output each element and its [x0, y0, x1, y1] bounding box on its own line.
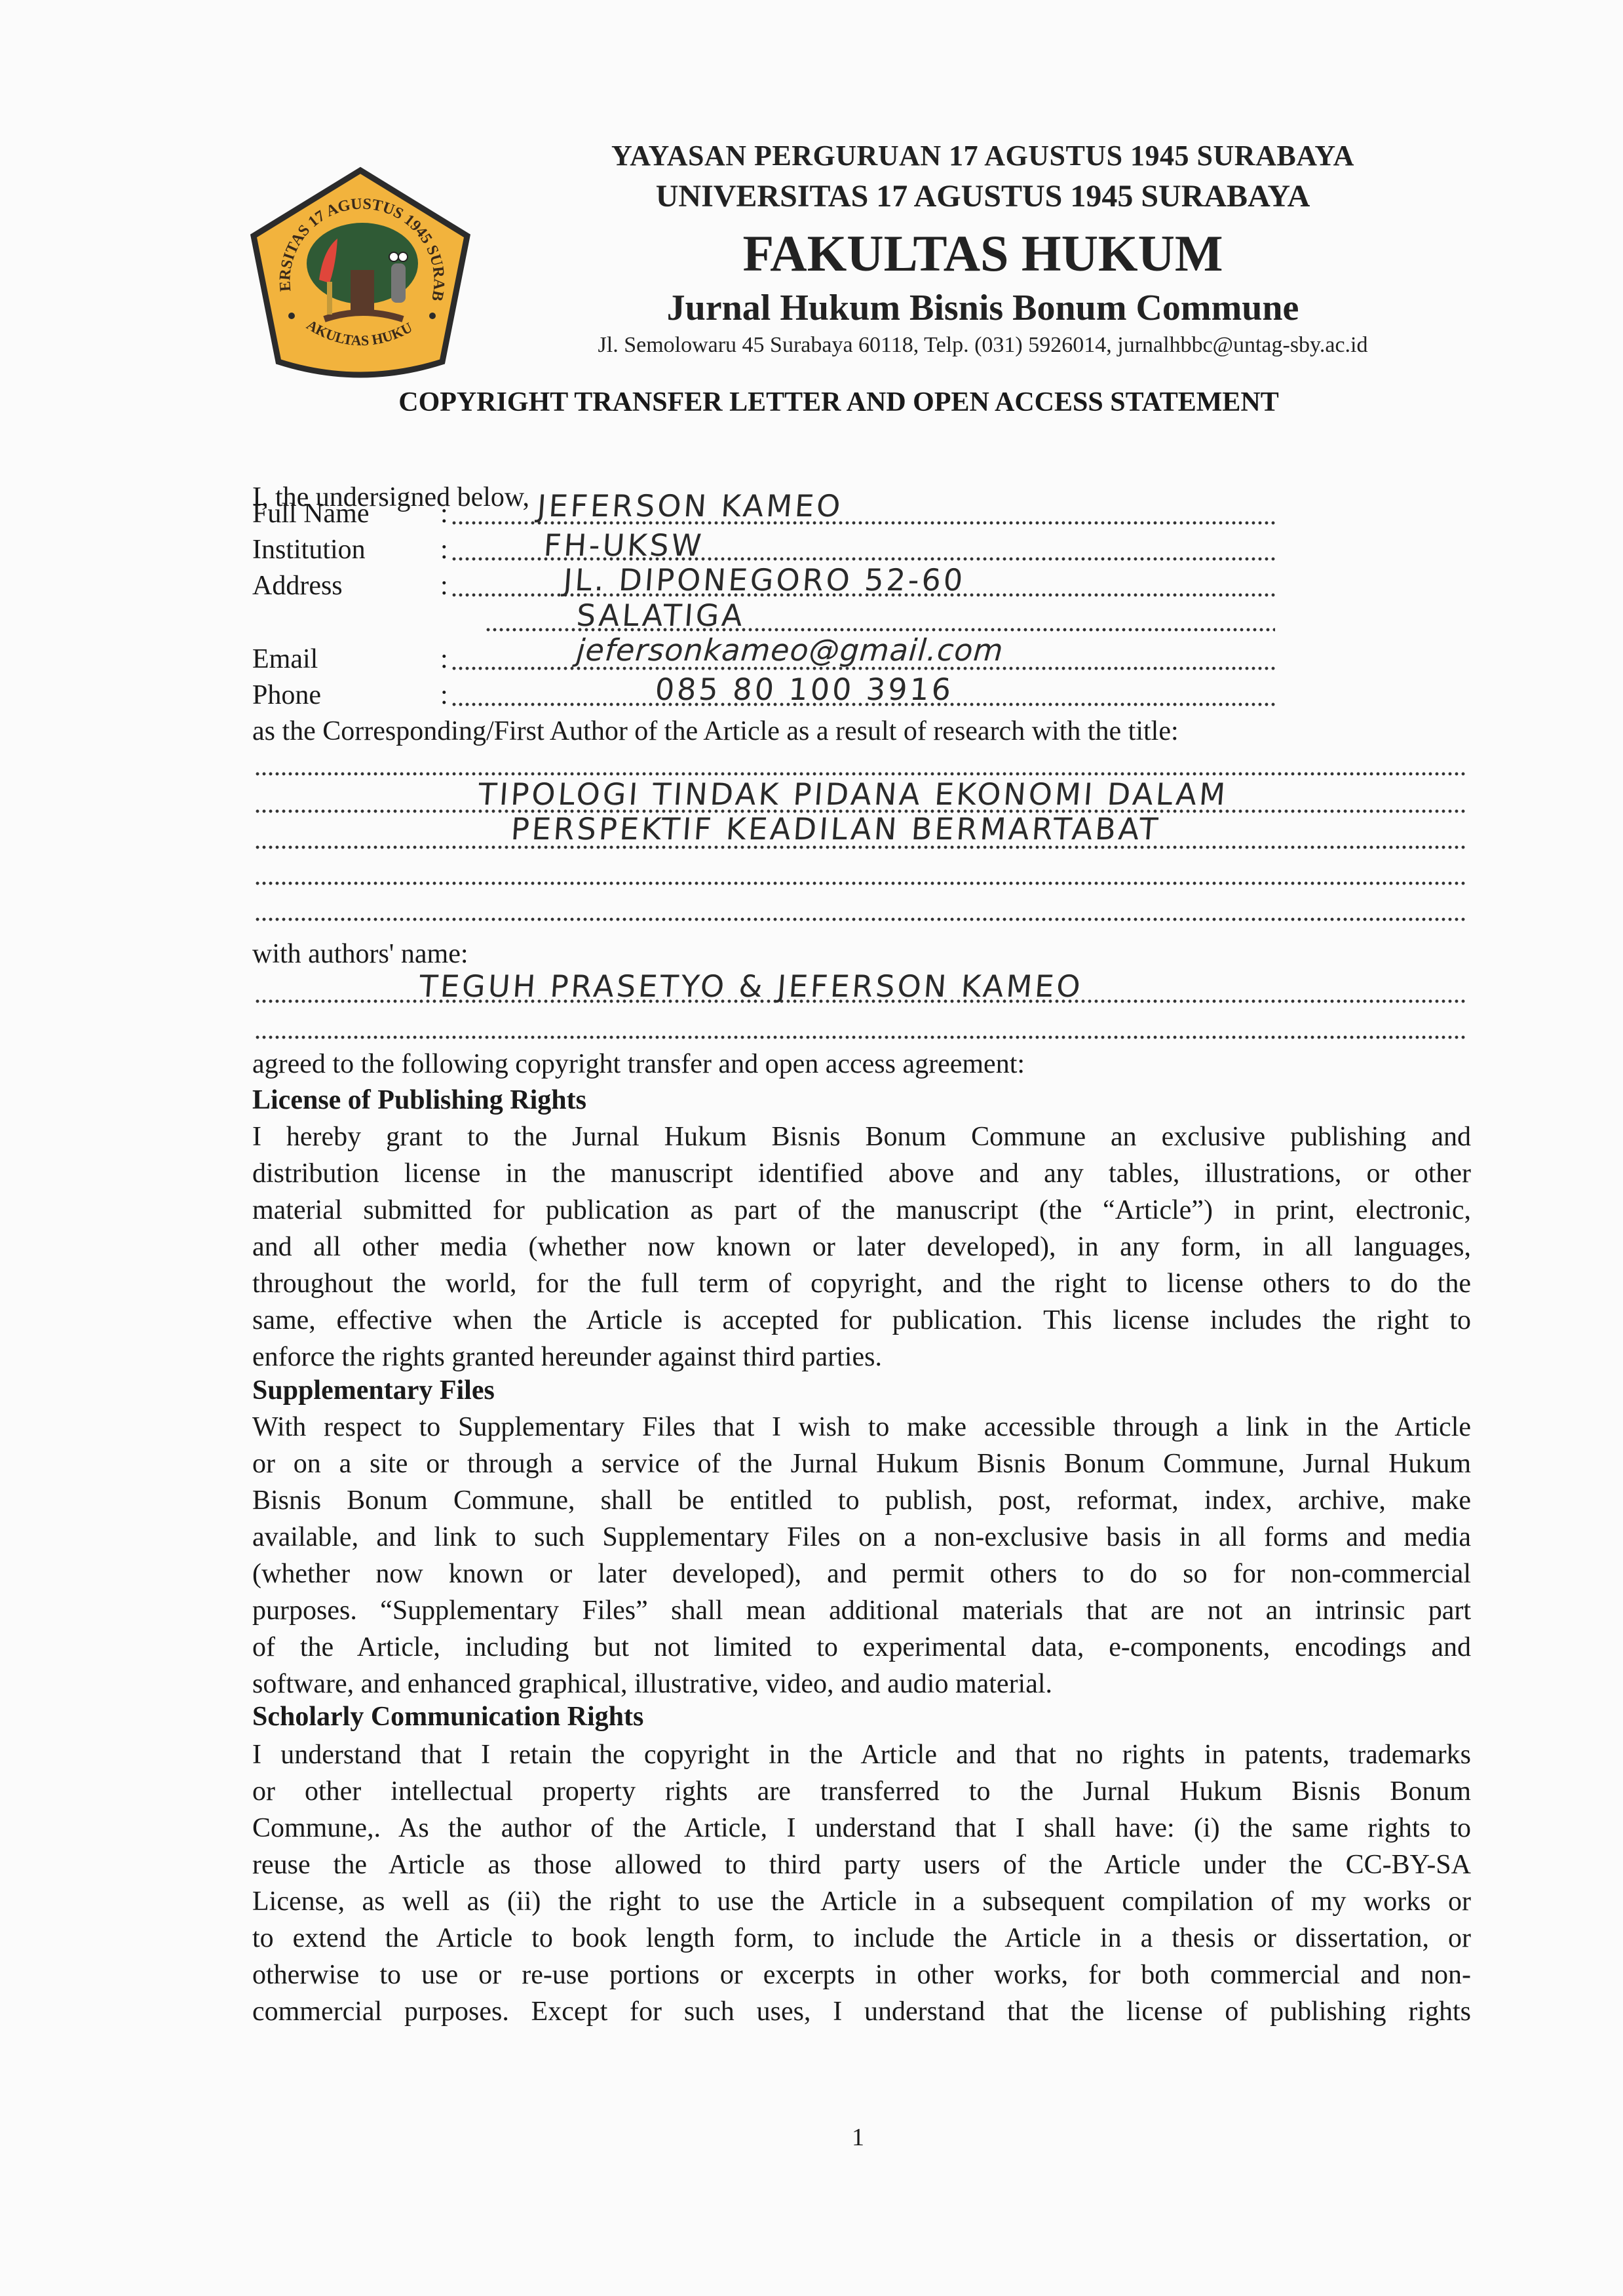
- authors-line-2: [254, 1035, 1468, 1039]
- text-line: With respect to Supplementary Files that…: [252, 1409, 1471, 1445]
- colon: :: [440, 498, 448, 529]
- university-seal-icon: UNIVERSITAS 17 AGUSTUS 1945 SURABAYA FAK…: [246, 165, 475, 381]
- text-line: otherwise to use or re-use portions or e…: [252, 1957, 1471, 1993]
- text-line: Bisnis Bonum Commune, shall be entitled …: [252, 1482, 1471, 1519]
- institution-value[interactable]: FH-UKSW: [543, 527, 705, 563]
- text-line: Commune,. As the author of the Article, …: [252, 1810, 1471, 1846]
- text-line: or on a site or through a service of the…: [252, 1445, 1471, 1482]
- faculty-name: FAKULTAS HUKUM: [498, 224, 1468, 283]
- page-number: 1: [852, 2123, 864, 2152]
- text-line: or other intellectual property rights ar…: [252, 1773, 1471, 1810]
- text-line: distribution license in the manuscript i…: [252, 1155, 1471, 1192]
- agreement-intro: agreed to the following copyright transf…: [252, 1048, 1025, 1080]
- colon: :: [440, 570, 448, 602]
- article-title-value-line-1[interactable]: TIPOLOGI TINDAK PIDANA EKONOMI DALAM: [477, 776, 1229, 812]
- colon: :: [440, 534, 448, 565]
- section-body-supplementary: With respect to Supplementary Files that…: [252, 1409, 1471, 1702]
- email-value[interactable]: jefersonkameo@gmail.com: [575, 632, 1004, 668]
- field-label-phone: Phone: [252, 679, 321, 711]
- authors-prompt: with authors' name:: [252, 938, 468, 970]
- field-label-institution: Institution: [252, 534, 366, 565]
- address-value-line-1[interactable]: JL. DIPONEGORO 52-60: [562, 562, 966, 598]
- title-line-5: [254, 917, 1468, 921]
- address-value-line-2[interactable]: SALATIGA: [575, 598, 746, 633]
- text-line: and all other media (whether now known o…: [252, 1229, 1471, 1265]
- article-title-value-line-2[interactable]: PERSPEKTIF KEADILAN BERMARTABAT: [510, 811, 1162, 847]
- university-seal-logo: UNIVERSITAS 17 AGUSTUS 1945 SURABAYA FAK…: [246, 165, 475, 381]
- text-line: commercial purposes. Except for such use…: [252, 1993, 1471, 2030]
- colon: :: [440, 679, 448, 711]
- phone-value[interactable]: 085 80 100 3916: [654, 672, 955, 707]
- text-line: enforce the rights granted hereunder aga…: [252, 1339, 1471, 1375]
- text-line: to extend the Article to book length for…: [252, 1920, 1471, 1957]
- text-line: I hereby grant to the Jurnal Hukum Bisni…: [252, 1119, 1471, 1155]
- text-line: throughout the world, for the full term …: [252, 1265, 1471, 1302]
- field-label-full-name: Full Name: [252, 498, 369, 529]
- journal-name: Jurnal Hukum Bisnis Bonum Commune: [498, 287, 1468, 329]
- colon: :: [440, 643, 448, 675]
- section-heading-license: License of Publishing Rights: [252, 1084, 586, 1116]
- document-title: COPYRIGHT TRANSFER LETTER AND OPEN ACCES…: [249, 387, 1428, 418]
- contact-info: Jl. Semolowaru 45 Surabaya 60118, Telp. …: [498, 333, 1468, 358]
- title-line-4: [254, 881, 1468, 885]
- university-name: UNIVERSITAS 17 AGUSTUS 1945 SURABAYA: [498, 178, 1468, 214]
- section-heading-scholarly: Scholarly Communication Rights: [252, 1701, 643, 1732]
- text-line: purposes. “Supplementary Files” shall me…: [252, 1592, 1471, 1629]
- text-line: of the Article, including but not limite…: [252, 1629, 1471, 1666]
- section-heading-supplementary: Supplementary Files: [252, 1375, 495, 1406]
- foundation-name: YAYASAN PERGURUAN 17 AGUSTUS 1945 SURABA…: [498, 139, 1468, 172]
- section-body-scholarly: I understand that I retain the copyright…: [252, 1736, 1471, 2030]
- text-line: material submitted for publication as pa…: [252, 1192, 1471, 1229]
- title-prompt: as the Corresponding/First Author of the…: [252, 716, 1179, 747]
- text-line: License, as well as (ii) the right to us…: [252, 1883, 1471, 1920]
- authors-value[interactable]: TEGUH PRASETYO & JEFERSON KAMEO: [418, 968, 1084, 1004]
- field-label-address: Address: [252, 570, 343, 602]
- text-line: reuse the Article as those allowed to th…: [252, 1846, 1471, 1883]
- text-line: I understand that I retain the copyright…: [252, 1736, 1471, 1773]
- field-label-email: Email: [252, 643, 318, 675]
- section-body-license: I hereby grant to the Jurnal Hukum Bisni…: [252, 1119, 1471, 1375]
- text-line: software, and enhanced graphical, illust…: [252, 1666, 1471, 1702]
- title-line-1: [254, 772, 1468, 776]
- text-line: same, effective when the Article is acce…: [252, 1302, 1471, 1339]
- full-name-value[interactable]: JEFERSON KAMEO: [536, 488, 844, 524]
- text-line: available, and link to such Supplementar…: [252, 1519, 1471, 1556]
- text-line: (whether now known or later developed), …: [252, 1556, 1471, 1592]
